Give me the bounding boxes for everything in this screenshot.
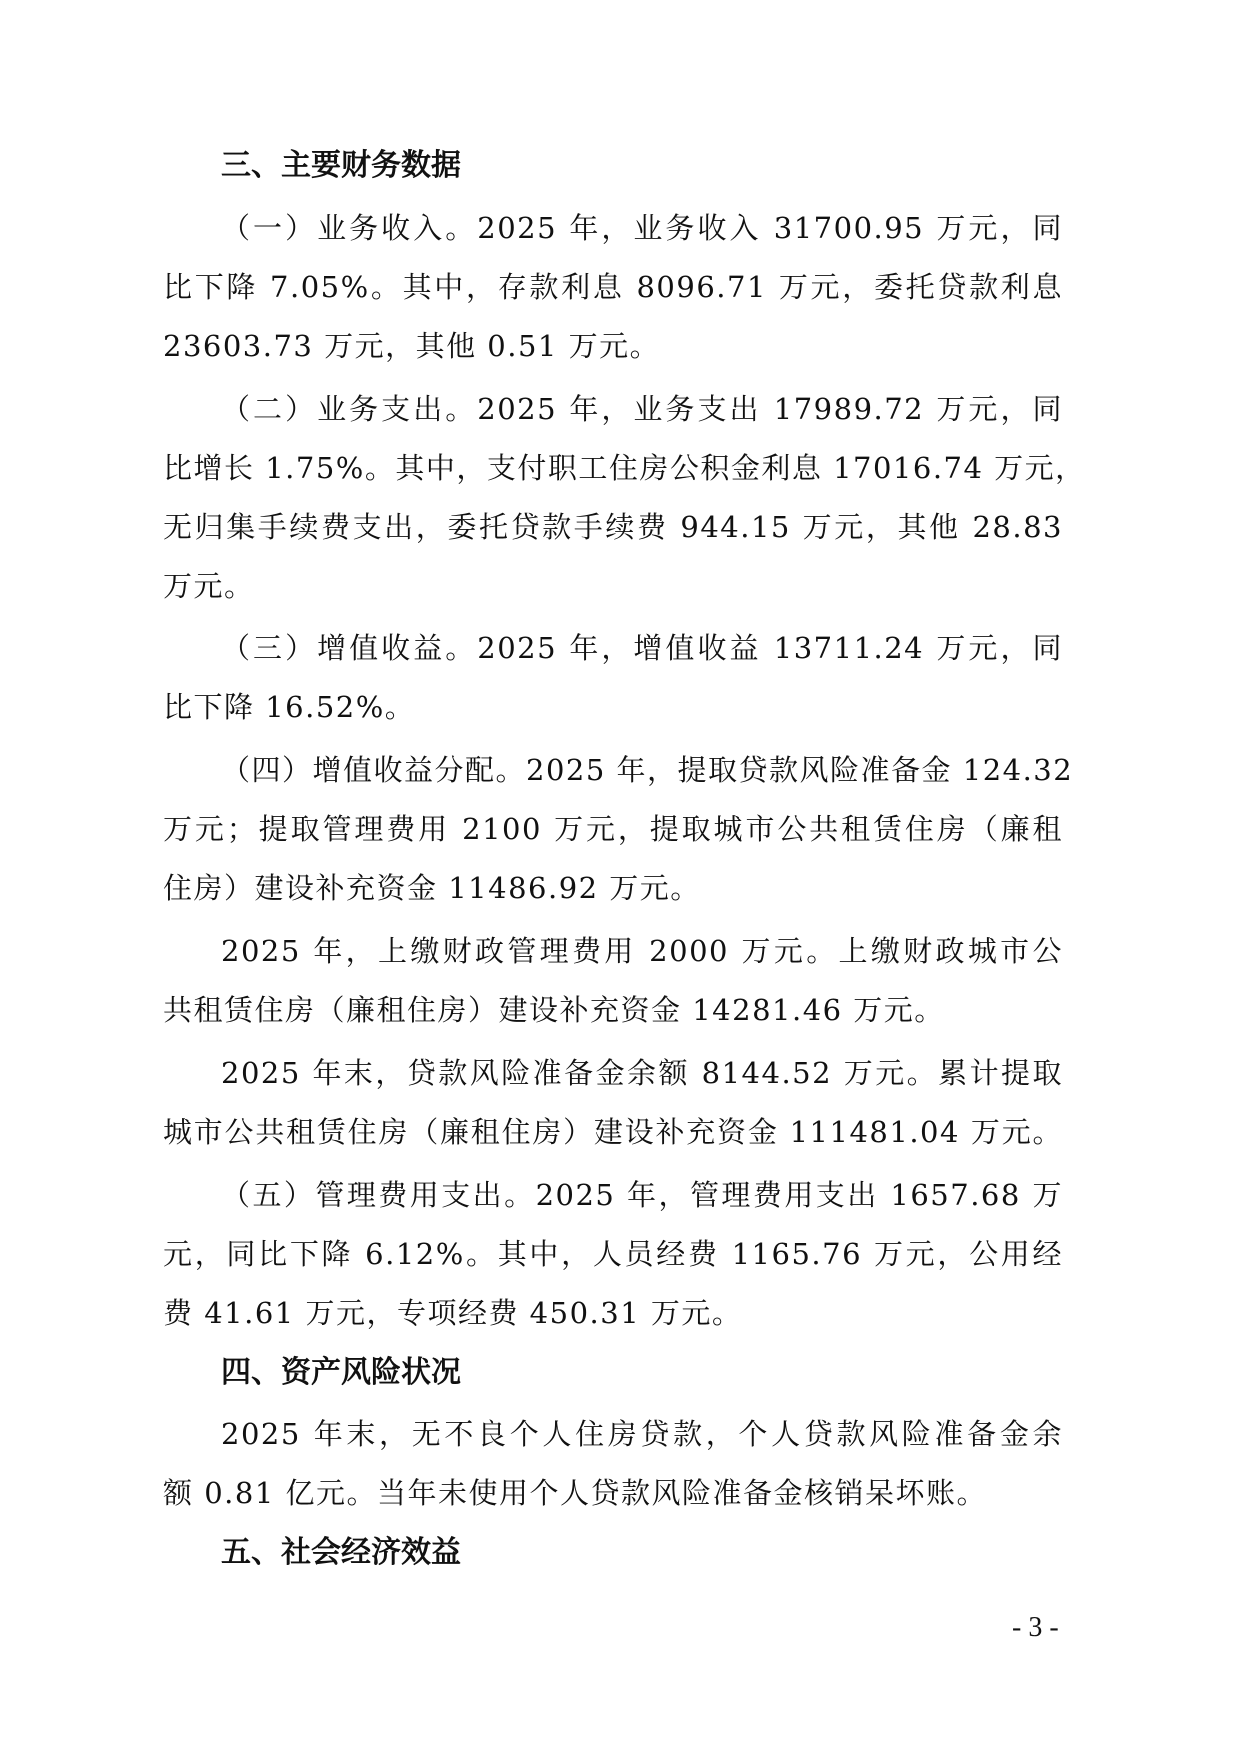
paragraph-line: （一）业务收入。2025 年，业务收入 31700.95 万元，同: [221, 198, 1063, 258]
paragraph-line: 23603.73 万元，其他 0.51 万元。: [163, 316, 660, 376]
paragraph-line: 住房）建设补充资金 11486.92 万元。: [163, 858, 701, 918]
paragraph-line: 万元；提取管理费用 2100 万元，提取城市公共租赁住房（廉租: [163, 799, 1063, 859]
paragraph-line: 2025 年末，贷款风险准备金余额 8144.52 万元。累计提取: [221, 1043, 1063, 1103]
paragraph-line: 费 41.61 万元，专项经费 450.31 万元。: [163, 1283, 742, 1343]
paragraph-line: 比下降 7.05%。其中，存款利息 8096.71 万元，委托贷款利息: [163, 257, 1063, 317]
paragraph-line: 2025 年末，无不良个人住房贷款，个人贷款风险准备金余: [221, 1404, 1063, 1464]
paragraph-line: （三）增值收益。2025 年，增值收益 13711.24 万元，同: [221, 618, 1063, 678]
paragraph-line: （五）管理费用支出。2025 年，管理费用支出 1657.68 万: [221, 1165, 1063, 1225]
paragraph-line: 元，同比下降 6.12%。其中，人员经费 1165.76 万元，公用经: [163, 1224, 1063, 1284]
paragraph-line: 万元。: [163, 556, 255, 616]
paragraph-line: 无归集手续费支出，委托贷款手续费 944.15 万元，其他 28.83: [163, 497, 1063, 557]
paragraph-line: （二）业务支出。2025 年，业务支出 17989.72 万元，同: [221, 379, 1063, 439]
paragraph-line: 额 0.81 亿元。当年未使用个人贷款风险准备金核销呆坏账。: [163, 1463, 987, 1523]
section-heading-asset-risk: 四、资产风险状况: [221, 1343, 461, 1403]
page-number: - 3 -: [1012, 1612, 1059, 1644]
paragraph-line: 城市公共租赁住房（廉租住房）建设补充资金 111481.04 万元。: [163, 1102, 1063, 1162]
section-heading-social-economic-benefits: 五、社会经济效益: [221, 1523, 461, 1583]
section-heading-financial-data: 三、主要财务数据: [221, 136, 461, 196]
paragraph-line: 比下降 16.52%。: [163, 677, 415, 737]
paragraph-line: 2025 年，上缴财政管理费用 2000 万元。上缴财政城市公: [221, 921, 1063, 981]
paragraph-line: 比增长 1.75%。其中，支付职工住房公积金利息 17016.74 万元，: [163, 438, 1063, 498]
paragraph-line: 共租赁住房（廉租住房）建设补充资金 14281.46 万元。: [163, 980, 945, 1040]
paragraph-line: （四）增值收益分配。2025 年，提取贷款风险准备金 124.32: [221, 740, 1063, 800]
